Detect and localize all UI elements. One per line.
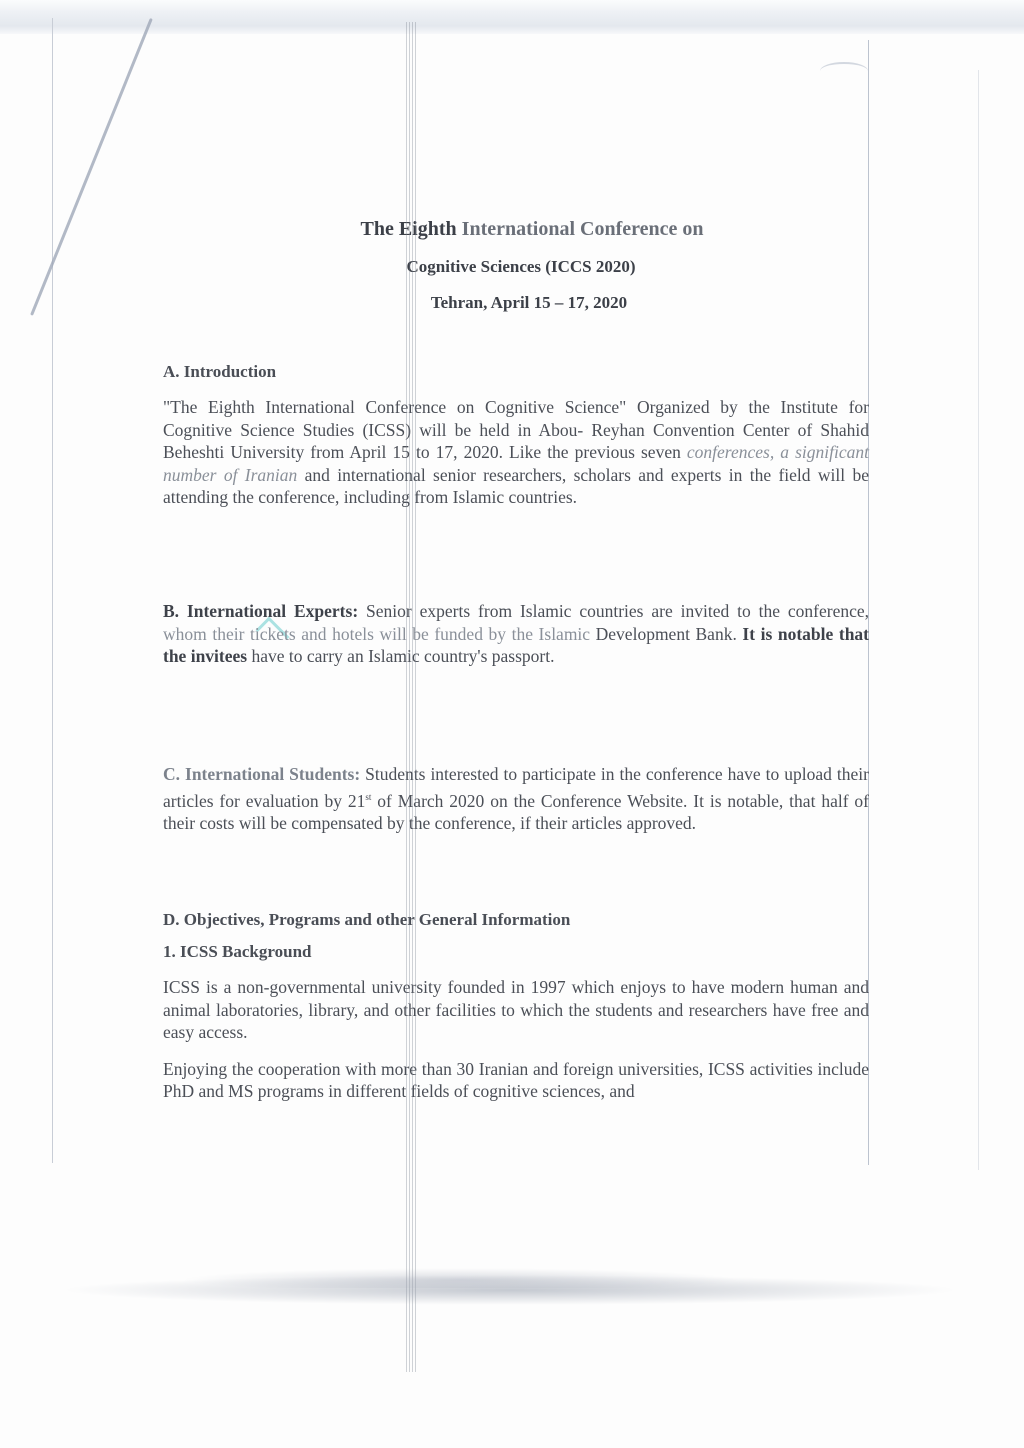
section-c-heading: C. International Students:: [163, 764, 360, 784]
section-a-paragraph: "The Eighth International Conference on …: [163, 396, 869, 509]
section-introduction: A. Introduction "The Eighth Internationa…: [163, 362, 869, 509]
scan-top-band: [0, 0, 1024, 34]
title-rest: International Conference on: [457, 218, 704, 240]
section-international-experts: B. International Experts: Senior experts…: [163, 600, 869, 668]
title-line-1: The Eighth International Conference on: [40, 214, 1024, 244]
section-b-paragraph: B. International Experts: Senior experts…: [163, 600, 869, 668]
scan-smudge-inner: [180, 1268, 740, 1288]
section-b-heading: B. International Experts:: [163, 601, 358, 621]
section-c-paragraph: C. International Students: Students inte…: [163, 763, 869, 834]
section-d-heading: D. Objectives, Programs and other Genera…: [163, 910, 869, 930]
section-a-heading: A. Introduction: [163, 362, 869, 382]
section-b-text-1: Senior experts from Islamic countries ar…: [358, 601, 869, 621]
section-d-paragraph-2: Enjoying the cooperation with more than …: [163, 1058, 869, 1103]
section-d-paragraph-1: ICSS is a non-governmental university fo…: [163, 976, 869, 1044]
title-line-3: Tehran, April 15 – 17, 2020: [34, 288, 1024, 318]
scan-mark: [820, 62, 868, 80]
section-b-text-3: have to carry an Islamic country's passp…: [247, 646, 554, 666]
section-b-text-2: Development Bank.: [590, 624, 742, 644]
document-title: The Eighth International Conference on C…: [0, 214, 1024, 318]
section-d-subheading: 1. ICSS Background: [163, 942, 869, 962]
title-line-2: Cognitive Sciences (ICCS 2020): [18, 252, 1024, 282]
page-border-left: [52, 18, 53, 1163]
section-b-text-faded: whom their tickets and hotels will be fu…: [163, 624, 590, 644]
section-objectives: D. Objectives, Programs and other Genera…: [163, 910, 869, 1103]
section-international-students: C. International Students: Students inte…: [163, 763, 869, 834]
scanner-streak: [406, 22, 416, 1372]
